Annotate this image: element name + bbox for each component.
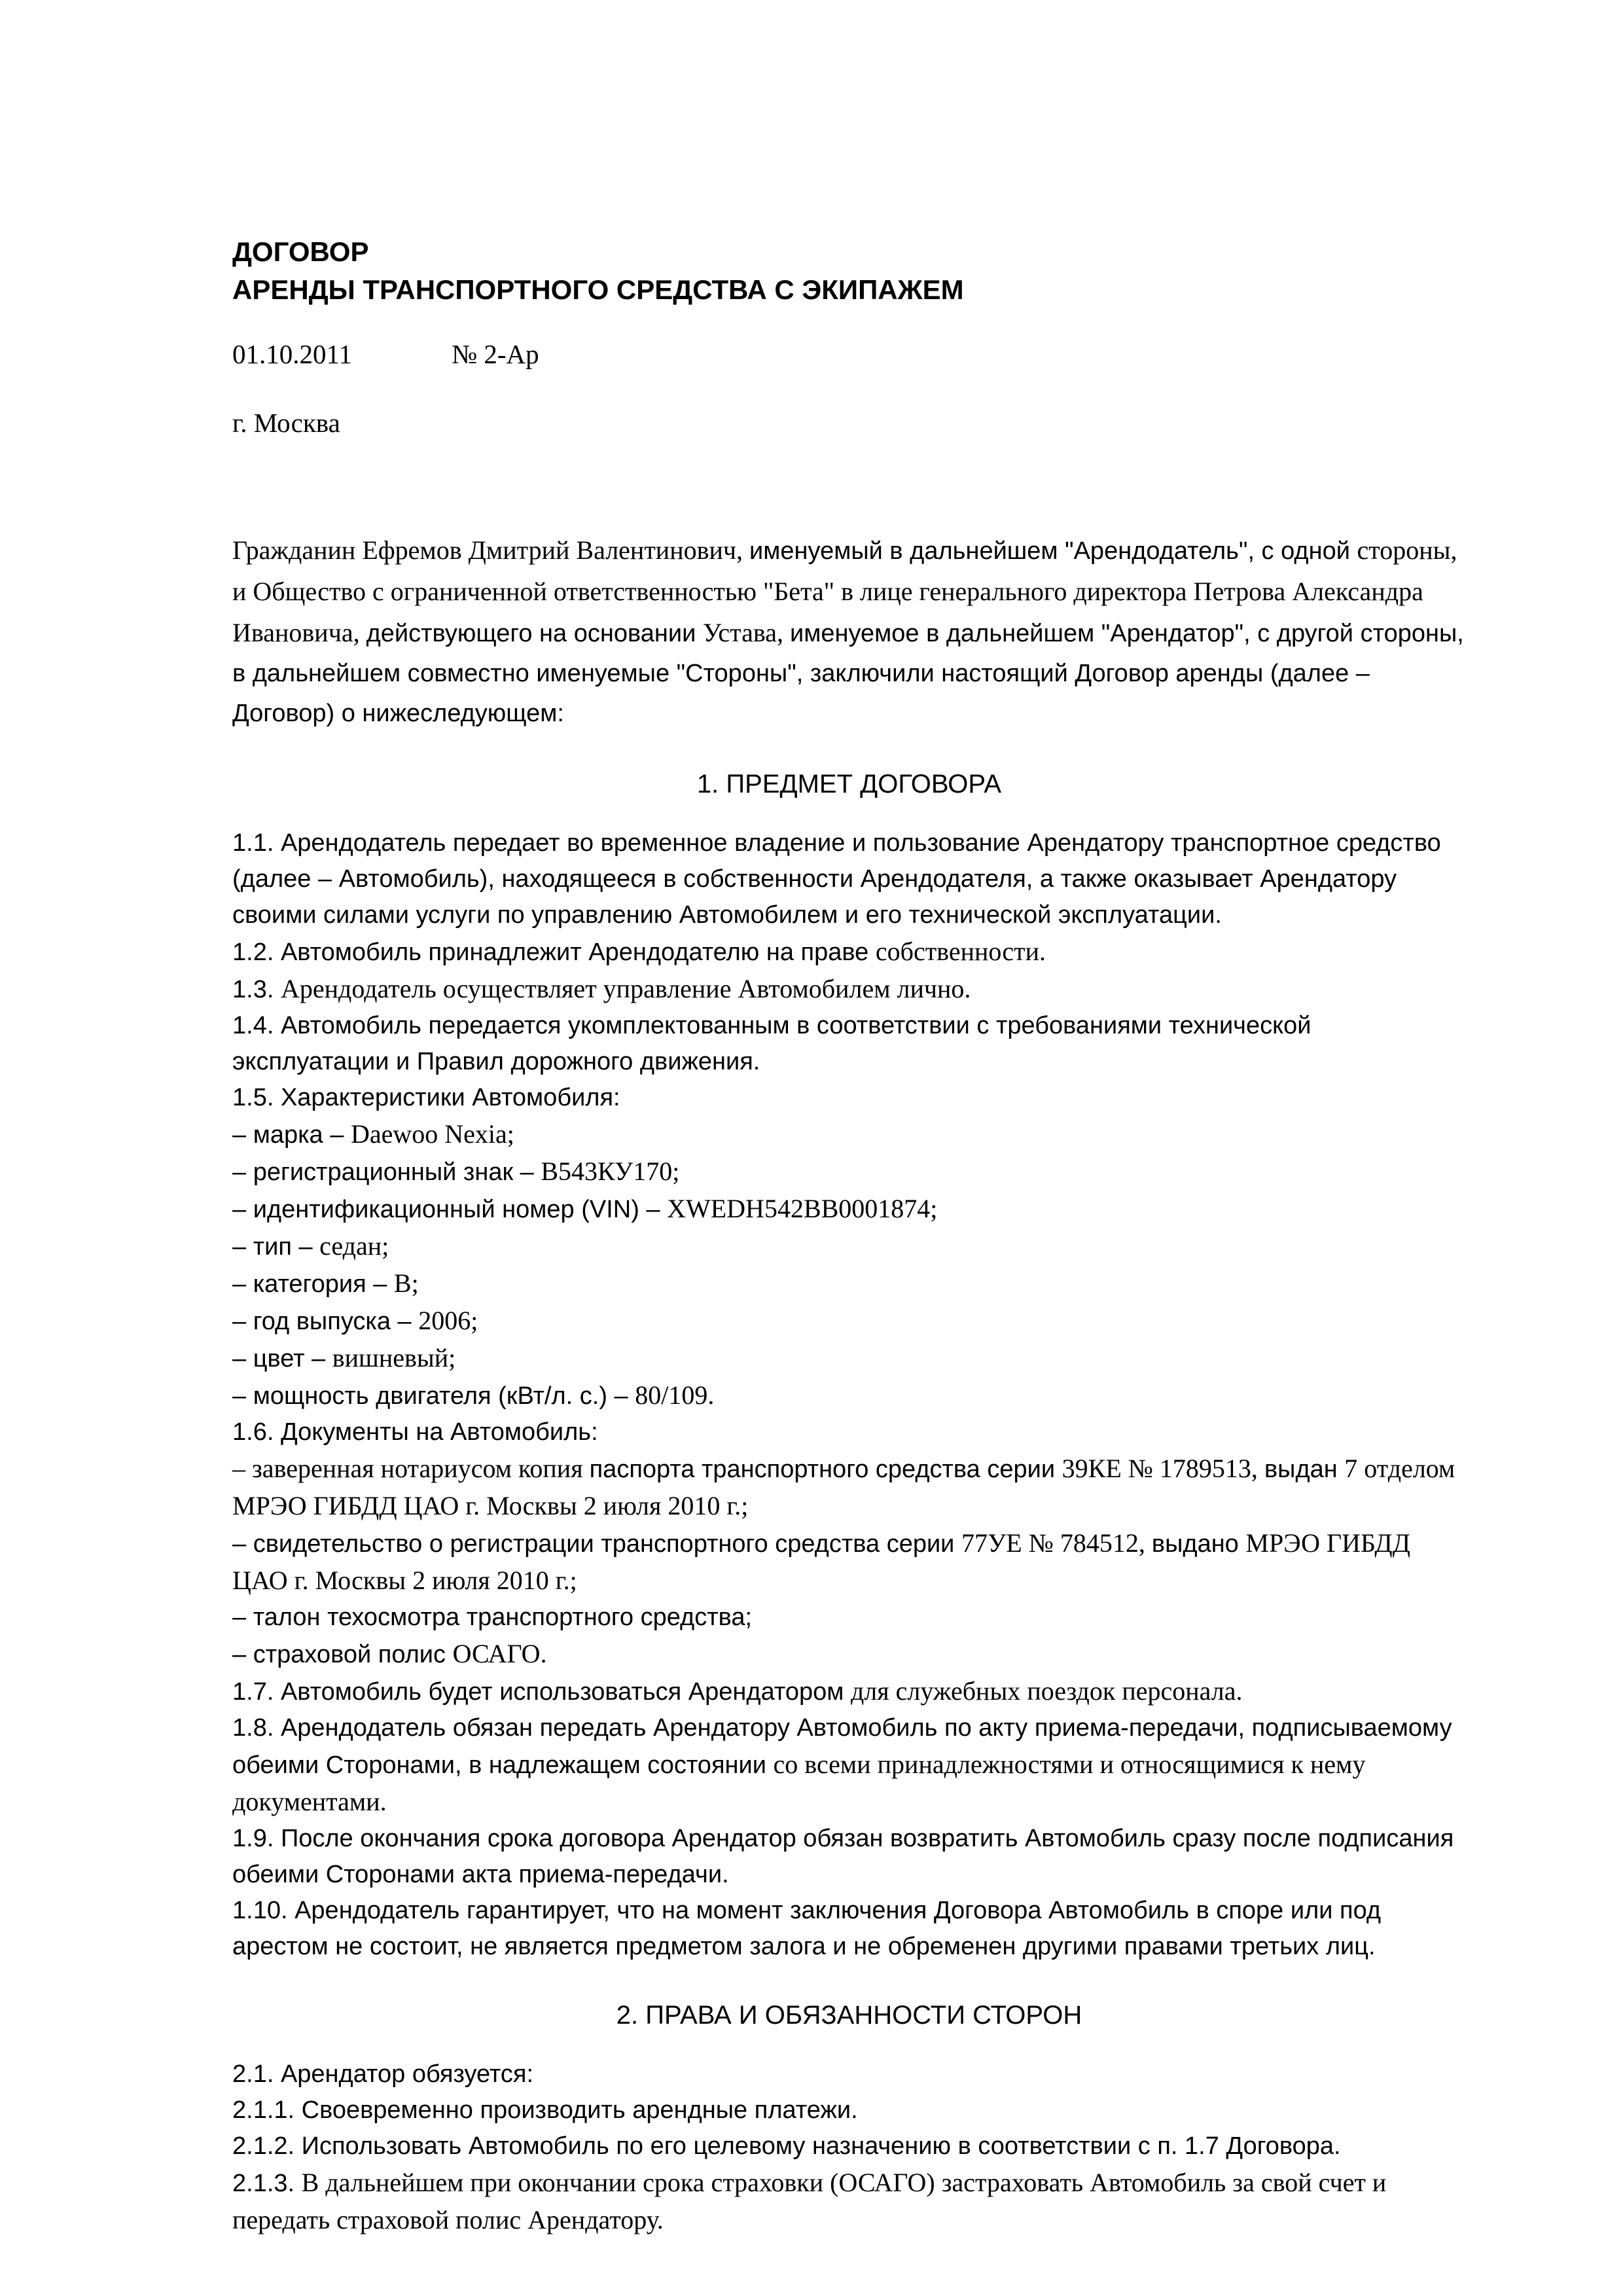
text-segment: ОСАГО.: [453, 1639, 547, 1668]
text-segment: действующего на основании: [366, 620, 703, 647]
text-segment: 2006;: [418, 1306, 478, 1335]
clause-1-8: 1.8. Арендодатель обязан передать Аренда…: [232, 1710, 1466, 1821]
document-meta: 01.10.2011№ 2-Ар: [232, 336, 1466, 372]
text-segment: 1.2. Автомобиль принадлежит Арендодателю…: [232, 939, 876, 966]
text-segment: Устава,: [703, 618, 790, 647]
clause-1-9: 1.9. После окончания срока договора Арен…: [232, 1821, 1466, 1893]
char-vin: – идентификационный номер (VIN) – XWEDH5…: [232, 1191, 1466, 1228]
text-segment: седан;: [319, 1231, 389, 1261]
doc-pts-copy: – заверенная нотариусом копия паспорта т…: [232, 1450, 1466, 1525]
text-segment: 2.1.2. Использовать Автомобиль по его це…: [232, 2132, 1341, 2160]
text-segment: В;: [394, 1268, 419, 1298]
document-page: ДОГОВОР АРЕНДЫ ТРАНСПОРТНОГО СРЕДСТВА С …: [0, 0, 1623, 2296]
text-segment: 39КЕ № 1789513,: [1062, 1454, 1264, 1483]
text-segment: 80/109.: [635, 1380, 714, 1410]
clause-2-1-2: 2.1.2. Использовать Автомобиль по его це…: [232, 2128, 1466, 2164]
text-segment: 77УЕ № 784512,: [961, 1528, 1152, 1558]
text-segment: – цвет –: [232, 1345, 332, 1372]
char-year: – год выпуска – 2006;: [232, 1302, 1466, 1340]
text-segment: 1.1. Арендодатель передает во временное …: [232, 829, 1441, 929]
document-title: ДОГОВОР АРЕНДЫ ТРАНСПОРТНОГО СРЕДСТВА С …: [232, 233, 1466, 309]
text-segment: 1.9. После окончания срока договора Арен…: [232, 1825, 1454, 1888]
intro-paragraph: Гражданин Ефремов Дмитрий Валентинович, …: [232, 530, 1466, 734]
text-segment: Гражданин Ефремов Дмитрий Валентинович,: [232, 535, 749, 565]
text-segment: – идентификационный номер (VIN) –: [232, 1196, 667, 1223]
char-brand: – марка – Daewoo Nexia;: [232, 1116, 1466, 1153]
text-segment: – год выпуска –: [232, 1308, 418, 1335]
text-segment: 2.1.3.: [232, 2170, 302, 2197]
clause-1-1: 1.1. Арендодатель передает во временное …: [232, 825, 1466, 933]
text-segment: 2.1. Арендатор обязуется:: [232, 2060, 533, 2088]
clause-1-3: 1.3. Арендодатель осуществляет управлени…: [232, 971, 1466, 1008]
char-category: – категория – В;: [232, 1265, 1466, 1302]
char-color: – цвет – вишневый;: [232, 1340, 1466, 1377]
document-body: Гражданин Ефремов Дмитрий Валентинович, …: [232, 530, 1466, 2239]
document-title-line-1: ДОГОВОР: [232, 233, 1466, 271]
clause-2-1-3: 2.1.3. В дальнейшем при окончании срока …: [232, 2164, 1466, 2239]
text-segment: – регистрационный знак –: [232, 1158, 541, 1186]
text-segment: 2.1.1. Своевременно производить арендные…: [232, 2096, 858, 2124]
text-segment: В543КУ170;: [541, 1157, 679, 1186]
text-segment: – марка –: [232, 1121, 351, 1149]
text-segment: – мощность двигателя (кВт/л. с.) –: [232, 1382, 635, 1410]
section-heading-1: 1. ПРЕДМЕТ ДОГОВОРА: [232, 766, 1466, 802]
document-date: 01.10.2011: [232, 339, 352, 369]
clause-1-2: 1.2. Автомобиль принадлежит Арендодателю…: [232, 933, 1466, 971]
text-segment: – заверенная нотариусом копия: [232, 1454, 590, 1483]
text-segment: Арендодатель осуществляет управление Авт…: [281, 974, 971, 1003]
document-number: № 2-Ар: [452, 336, 539, 372]
section-heading-2: 2. ПРАВА И ОБЯЗАННОСТИ СТОРОН: [232, 1998, 1466, 2034]
text-segment: для служебных поездок персонала.: [851, 1676, 1243, 1706]
text-segment: 1.7. Автомобиль будет использоваться Аре…: [232, 1678, 851, 1706]
text-segment: – талон техосмотра транспортного средств…: [232, 1604, 752, 1631]
document-title-line-2: АРЕНДЫ ТРАНСПОРТНОГО СРЕДСТВА С ЭКИПАЖЕМ: [232, 271, 1466, 309]
text-segment: выдано: [1152, 1530, 1245, 1558]
clause-1-10: 1.10. Арендодатель гарантирует, что на м…: [232, 1893, 1466, 1965]
text-segment: вишневый;: [332, 1343, 456, 1372]
text-segment: – категория –: [232, 1270, 394, 1298]
clause-1-6: 1.6. Документы на Автомобиль:: [232, 1414, 1466, 1450]
char-reg-number: – регистрационный знак – В543КУ170;: [232, 1153, 1466, 1191]
text-segment: В дальнейшем при окончании срока страхов…: [232, 2168, 1386, 2234]
clause-1-5: 1.5. Характеристики Автомобиля:: [232, 1080, 1466, 1116]
text-segment: 1.4. Автомобиль передается укомплектован…: [232, 1012, 1311, 1075]
clause-2-1-1: 2.1.1. Своевременно производить арендные…: [232, 2092, 1466, 2128]
text-segment: выдан: [1264, 1456, 1344, 1483]
text-segment: 1.5. Характеристики Автомобиля:: [232, 1084, 620, 1111]
text-segment: Daewoo Nexia;: [351, 1119, 514, 1149]
text-segment: – тип –: [232, 1233, 319, 1261]
text-segment: – свидетельство о регистрации транспортн…: [232, 1530, 961, 1558]
text-segment: паспорта транспортного средства серии: [590, 1456, 1062, 1483]
text-segment: 1.6. Документы на Автомобиль:: [232, 1418, 598, 1446]
text-segment: собственности.: [876, 937, 1046, 966]
text-segment: именуемый в дальнейшем "Арендодатель", с…: [749, 537, 1357, 565]
clause-1-4: 1.4. Автомобиль передается укомплектован…: [232, 1008, 1466, 1080]
text-segment: 1.3.: [232, 976, 281, 1003]
document-content: ДОГОВОР АРЕНДЫ ТРАНСПОРТНОГО СРЕДСТВА С …: [232, 233, 1466, 2239]
text-segment: XWEDH542BB0001874;: [667, 1194, 937, 1223]
doc-inspection-ticket: – талон техосмотра транспортного средств…: [232, 1600, 1466, 1636]
document-city: г. Москва: [232, 405, 1466, 441]
text-segment: 1.10. Арендодатель гарантирует, что на м…: [232, 1897, 1381, 1960]
clause-1-7: 1.7. Автомобиль будет использоваться Аре…: [232, 1673, 1466, 1710]
char-power: – мощность двигателя (кВт/л. с.) – 80/10…: [232, 1377, 1466, 1414]
doc-reg-certificate: – свидетельство о регистрации транспортн…: [232, 1525, 1466, 1600]
text-segment: – страховой полис: [232, 1641, 453, 1668]
doc-osago-policy: – страховой полис ОСАГО.: [232, 1636, 1466, 1673]
char-type: – тип – седан;: [232, 1228, 1466, 1265]
clause-2-1: 2.1. Арендатор обязуется:: [232, 2056, 1466, 2092]
